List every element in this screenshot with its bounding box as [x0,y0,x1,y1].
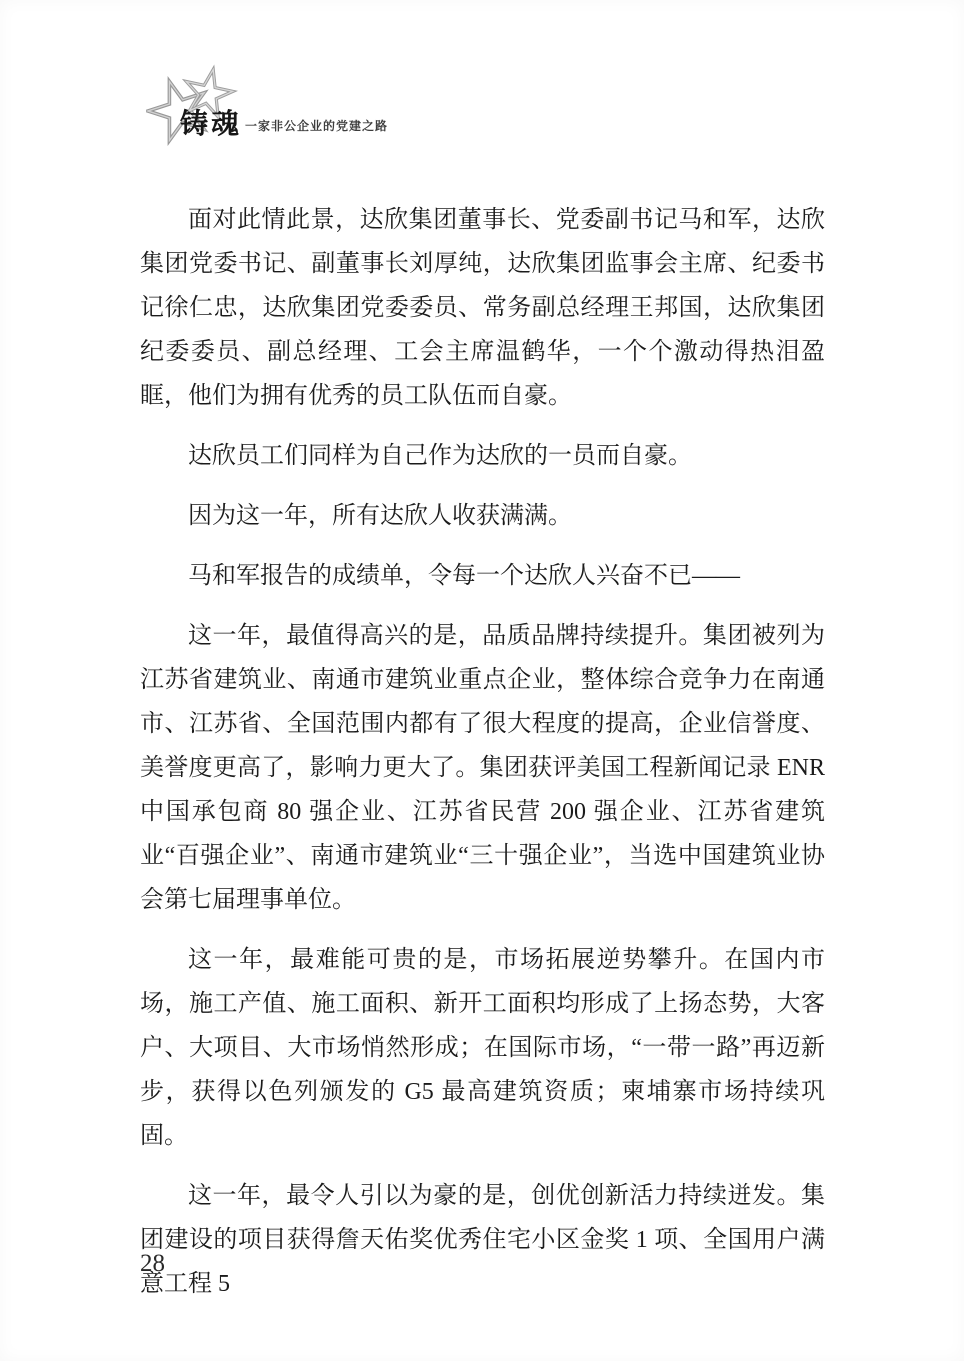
page-body: 面对此情此景，达欣集团董事长、党委副书记马和军，达欣集团党委书记、副董事长刘厚纯… [140,198,825,1322]
paragraph-1: 面对此情此景，达欣集团董事长、党委副书记马和军，达欣集团党委书记、副董事长刘厚纯… [140,198,825,418]
paragraph-4: 马和军报告的成绩单，令每一个达欣人兴奋不已—— [140,554,825,598]
paragraph-2: 达欣员工们同样为自己作为达欣的一员而自豪。 [140,434,825,478]
paragraph-5: 这一年，最值得高兴的是，品质品牌持续提升。集团被列为江苏省建筑业、南通市建筑业重… [140,614,825,922]
paragraph-3: 因为这一年，所有达欣人收获满满。 [140,494,825,538]
logo-subtitle: 一家非公企业的党建之路 [245,117,388,134]
header-logo: 铸魂 一家非公企业的党建之路 [146,64,706,154]
book-page: 铸魂 一家非公企业的党建之路 面对此情此景，达欣集团董事长、党委副书记马和军，达… [0,0,964,1361]
paragraph-6: 这一年，最难能可贵的是，市场拓展逆势攀升。在国内市场，施工产值、施工面积、新开工… [140,938,825,1158]
page-number: 28 [140,1250,165,1278]
paragraph-7: 这一年，最令人引以为豪的是，创优创新活力持续迸发。集团建设的项目获得詹天佑奖优秀… [140,1174,825,1306]
logo-title: 铸魂 [180,102,242,142]
